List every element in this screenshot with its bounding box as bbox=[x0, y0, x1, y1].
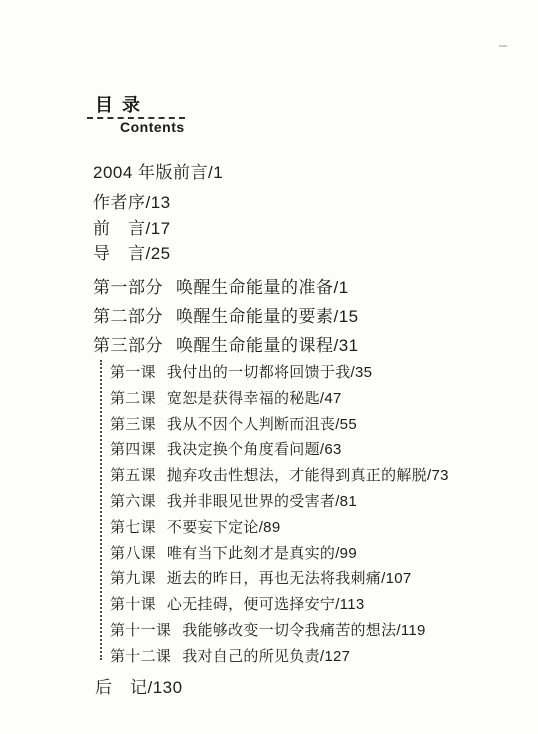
toc-entry-lesson-5: 第五课抛弃攻击性想法，才能得到真正的解脱/73 bbox=[110, 468, 449, 483]
part-label: 第三部分 bbox=[93, 336, 163, 355]
toc-entry-lesson-10: 第十课心无挂碍，便可选择安宁/113 bbox=[110, 597, 365, 612]
toc-entry-part-2: 第二部分唤醒生命能量的要素/15 bbox=[93, 308, 359, 325]
lesson-title: 宽恕是获得幸福的秘匙/47 bbox=[167, 390, 342, 407]
lesson-label: 第七课 bbox=[110, 519, 156, 536]
title-dashed-underline bbox=[87, 105, 185, 119]
part-title: 唤醒生命能量的课程/31 bbox=[176, 336, 359, 355]
lesson-title: 我能够改变一切令我痛苦的想法/119 bbox=[182, 622, 425, 639]
part-label: 第一部分 bbox=[93, 278, 163, 297]
lesson-title: 逝去的昨日，再也无法将我刺痛/107 bbox=[167, 570, 412, 587]
toc-entry-author-preface: 作者序/13 bbox=[93, 194, 171, 211]
toc-entry-lesson-7: 第七课不要妄下定论/89 bbox=[110, 520, 280, 535]
lesson-title: 唯有当下此刻才是真实的/99 bbox=[167, 545, 357, 562]
lesson-title: 我付出的一切都将回馈于我/35 bbox=[167, 364, 372, 381]
toc-page: 目 录 Contents 2004 年版前言/1 作者序/13 前 言/17 导… bbox=[0, 0, 538, 734]
lesson-title: 我并非眼见世界的受害者/81 bbox=[167, 493, 357, 510]
toc-entry-lesson-4: 第四课我决定换个角度看问题/63 bbox=[110, 442, 342, 457]
toc-entry-lesson-6: 第六课我并非眼见世界的受害者/81 bbox=[110, 494, 357, 509]
lesson-label: 第八课 bbox=[110, 545, 156, 562]
lesson-label: 第十一课 bbox=[110, 622, 171, 639]
toc-entry-afterword: 后 记/130 bbox=[95, 679, 183, 696]
lesson-title: 我对自己的所见负责/127 bbox=[182, 648, 350, 665]
toc-entry-preface-2004: 2004 年版前言/1 bbox=[93, 164, 223, 181]
lesson-label: 第十课 bbox=[110, 596, 156, 613]
lesson-title: 抛弃攻击性想法，才能得到真正的解脱/73 bbox=[167, 467, 449, 484]
lesson-title: 我从不因个人判断而沮丧/55 bbox=[167, 416, 357, 433]
toc-entry-lesson-1: 第一课我付出的一切都将回馈于我/35 bbox=[110, 365, 372, 380]
lesson-title: 不要妄下定论/89 bbox=[167, 519, 281, 536]
part-title: 唤醒生命能量的准备/1 bbox=[176, 278, 349, 297]
part-label: 第二部分 bbox=[93, 307, 163, 326]
toc-entry-lesson-12: 第十二课我对自己的所见负责/127 bbox=[110, 649, 350, 664]
lesson-label: 第十二课 bbox=[110, 648, 171, 665]
scan-speck bbox=[499, 45, 507, 47]
lesson-title: 我决定换个角度看问题/63 bbox=[167, 441, 342, 458]
lesson-label: 第五课 bbox=[110, 467, 156, 484]
lessons-dotted-line bbox=[100, 360, 102, 660]
lesson-title: 心无挂碍，便可选择安宁/113 bbox=[167, 596, 365, 613]
toc-entry-lesson-11: 第十一课我能够改变一切令我痛苦的想法/119 bbox=[110, 623, 426, 638]
toc-entry-foreword: 前 言/17 bbox=[93, 220, 171, 237]
toc-entry-part-3: 第三部分唤醒生命能量的课程/31 bbox=[93, 337, 359, 354]
lesson-label: 第三课 bbox=[110, 416, 156, 433]
lesson-label: 第六课 bbox=[110, 493, 156, 510]
page-title-english: Contents bbox=[120, 120, 185, 134]
lesson-label: 第二课 bbox=[110, 390, 156, 407]
lesson-label: 第四课 bbox=[110, 441, 156, 458]
toc-entry-lesson-9: 第九课逝去的昨日，再也无法将我刺痛/107 bbox=[110, 571, 412, 586]
toc-entry-lesson-3: 第三课我从不因个人判断而沮丧/55 bbox=[110, 417, 357, 432]
toc-entry-introduction: 导 言/25 bbox=[93, 245, 171, 262]
lesson-label: 第一课 bbox=[110, 364, 156, 381]
toc-entry-lesson-2: 第二课宽恕是获得幸福的秘匙/47 bbox=[110, 391, 342, 406]
part-title: 唤醒生命能量的要素/15 bbox=[176, 307, 359, 326]
toc-entry-part-1: 第一部分唤醒生命能量的准备/1 bbox=[93, 279, 349, 296]
toc-entry-lesson-8: 第八课唯有当下此刻才是真实的/99 bbox=[110, 546, 357, 561]
lesson-label: 第九课 bbox=[110, 570, 156, 587]
